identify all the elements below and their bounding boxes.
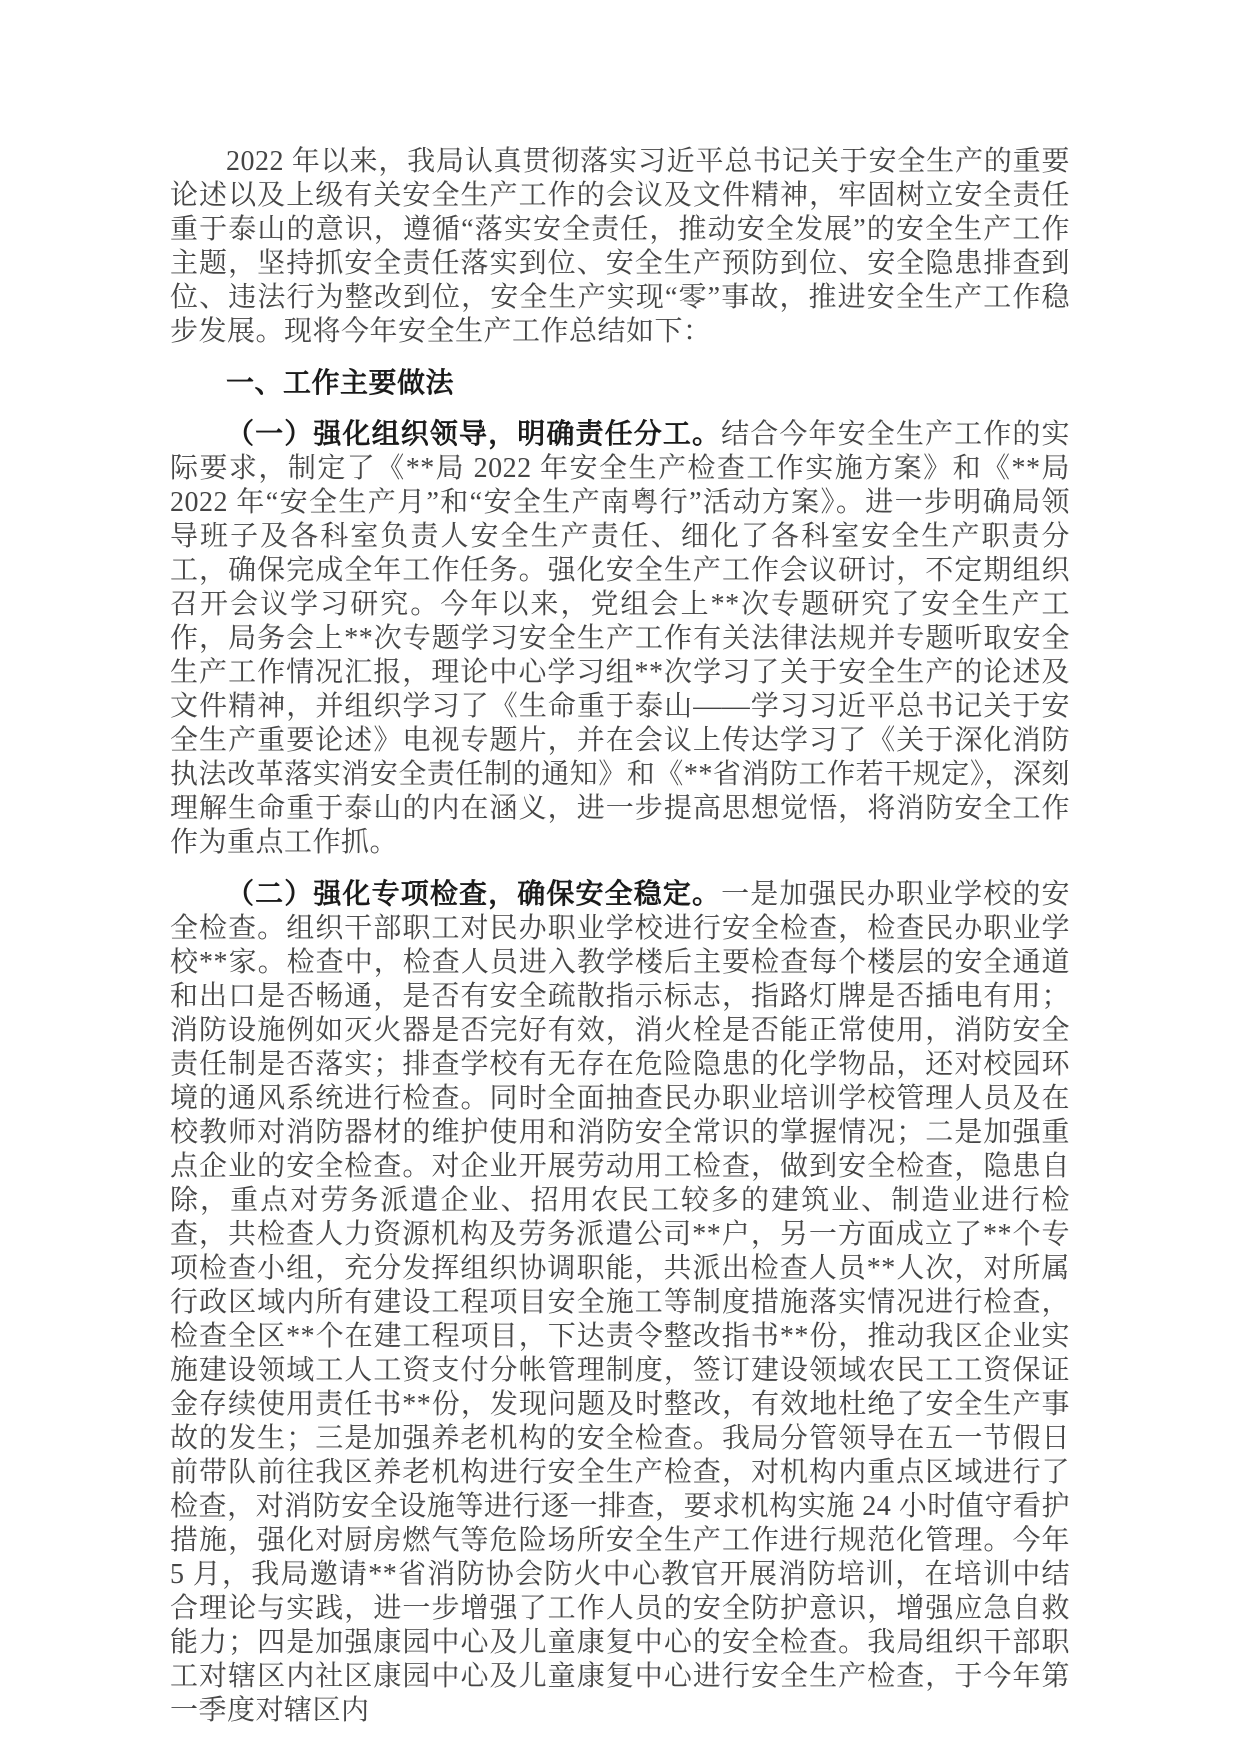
paragraph-item-2-lead: （二）强化专项检查，确保安全稳定。 xyxy=(226,878,721,909)
paragraph-item-2-body: 一是加强民办职业学校的安全检查。组织干部职工对民办职业学校进行安全检查，检查民办… xyxy=(170,879,1070,1726)
paragraph-item-1: （一）强化组织领导，明确责任分工。结合今年安全生产工作的实际要求，制定了《**局… xyxy=(170,417,1070,860)
document-page: 2022 年以来，我局认真贯彻落实习近平总书记关于安全生产的重要论述以及上级有关… xyxy=(0,0,1240,1754)
paragraph-intro: 2022 年以来，我局认真贯彻落实习近平总书记关于安全生产的重要论述以及上级有关… xyxy=(170,145,1070,349)
paragraph-item-2: （二）强化专项检查，确保安全稳定。一是加强民办职业学校的安全检查。组织干部职工对… xyxy=(170,877,1070,1728)
paragraph-item-1-body: 结合今年安全生产工作的实际要求，制定了《**局 2022 年安全生产检查工作实施… xyxy=(170,419,1070,858)
paragraph-item-1-lead: （一）强化组织领导，明确责任分工。 xyxy=(226,418,721,449)
section-heading-main-practices: 一、工作主要做法 xyxy=(170,366,1070,400)
